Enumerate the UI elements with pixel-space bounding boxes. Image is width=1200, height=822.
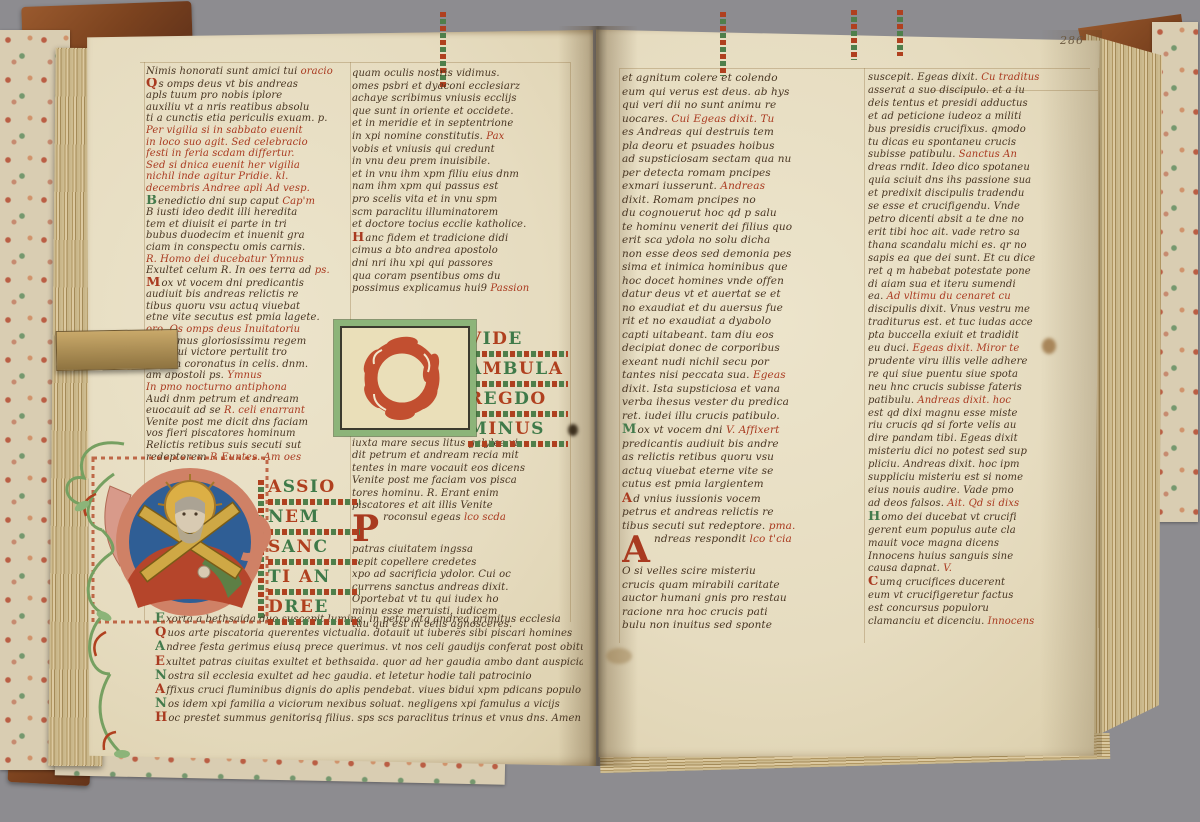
decorated-initial: M	[622, 423, 638, 437]
decorated-initial: H	[352, 232, 365, 245]
text-line: non esse deos sed demonia pes	[622, 248, 850, 262]
text-line: tores hominu. R. Erant enim	[352, 488, 568, 500]
stain	[606, 648, 632, 664]
ruling-line	[140, 62, 570, 63]
display-capitals-row: REGDO	[468, 390, 568, 409]
passio-caption: ASSIONEMSANCTI ANDREE	[268, 478, 360, 628]
text-line: sima et inimica hominibus que	[622, 261, 850, 275]
text-line: datur deus vt et auertat se et	[622, 288, 850, 302]
text-line: Mox vt vocem dni V. Affixert	[622, 423, 850, 438]
text-line: capti uitabeant. tam diu eos	[622, 329, 850, 343]
text-line: Affixus cruci fluminibus dignis do aplis…	[155, 683, 583, 697]
text-line: tu dicas eu spontaneu crucis	[868, 137, 1098, 150]
text-line: es Andreas qui destruis tem	[622, 126, 850, 140]
text-line: hoc docet homines vnde offen	[622, 275, 850, 289]
text-line: patras ciuitatem ingssa	[352, 544, 568, 556]
text-line: xpo ad sacrificia ydolor. Cui oc	[352, 569, 568, 581]
ruling-line	[620, 68, 1090, 69]
text-line: scm paraclitu illuminatorem	[352, 207, 568, 220]
right-page-column-2: suscepit. Egeas dixit. Cu traditusassera…	[868, 72, 1098, 629]
decorated-initial: H	[868, 511, 881, 524]
text-line: qua coram psentibus oms du	[352, 271, 568, 284]
text-line: R. Homo dei ducebatur Ymnus	[146, 254, 360, 266]
text-line: nichil inde agitur Pridie. kl.	[146, 171, 360, 183]
text-line: auxiliu vt a nris reatibus absolu	[146, 102, 360, 114]
text-line: auctor humani gnis pro restau	[622, 592, 850, 606]
chain-ornament	[268, 499, 360, 505]
text-line: exeant nudi nichil secu por	[622, 356, 850, 370]
text-line: Audi dnm petrum et andream	[146, 394, 360, 406]
chain-ornament	[468, 411, 568, 417]
text-line: dixit. Romam pncipes no	[622, 194, 850, 208]
text-line: Sed si dnica euenit her vigilia	[146, 160, 360, 172]
text-line: Hoc prestet summus genitorisq filius. sp…	[155, 711, 583, 725]
text-line: in loco suo agit. Sed celebracio	[146, 137, 360, 149]
text-line: ad deos falsos. Ait. Qd si dixs	[868, 498, 1098, 511]
text-line: que sunt in oriente et occidete.	[352, 106, 568, 119]
text-line: re qui siue puentu siue spota	[868, 369, 1098, 382]
text-line: et in vnu ihm xpm filiu eius dnm	[352, 169, 568, 182]
chain-ornament	[268, 619, 360, 625]
column-chain-ornament	[897, 10, 903, 56]
text-line: Andree festa gerimus eiusq prece querimu…	[155, 640, 583, 654]
text-line: vobis et vniusis qui credunt	[352, 144, 568, 157]
text-line: Proconsul egeas lco scda	[352, 512, 568, 544]
text-line: B iusti ideo dedit illi heredita	[146, 207, 360, 219]
text-line: misteriu dici no potest sed sup	[868, 446, 1098, 459]
text-line: etne vite secutus est pmia lagete.	[146, 312, 360, 324]
text-line: petrus et andreas relictis re	[622, 506, 850, 520]
display-capitals-row: TI AN	[268, 568, 360, 587]
text-line: Venite post me dicit dns faciam	[146, 417, 360, 429]
text-line: prudente viru illis velle adhere	[868, 356, 1098, 369]
ruling-line	[619, 68, 620, 643]
decorated-initial: B	[146, 195, 158, 208]
text-line: Nostra sil ecclesia exultet ad hec gaudi…	[155, 669, 583, 683]
text-line: rit et no exaudiat a dyabolo	[622, 315, 850, 329]
text-line: tibus secuti sut redeptore. pma.	[622, 520, 850, 534]
text-line: asserat a suo discipulo. et a iu	[868, 85, 1098, 98]
marginal-flourish	[52, 432, 164, 762]
text-line: ret. iudei illu crucis patibulo.	[622, 410, 850, 424]
text-line: tantes nisi peccata sua. Egeas	[622, 369, 850, 383]
text-line: du cognouerut hoc qd p salu	[622, 207, 850, 221]
text-line: bubus duodecim et inuenit gra	[146, 230, 360, 242]
text-line: Oportebat vt tu qui iudex ho	[352, 594, 568, 606]
text-line: ad supsticiosam sectam qua nu	[622, 153, 850, 167]
text-line: deis tentus et presidi adductus	[868, 98, 1098, 111]
text-line: patibulu. Andreas dixit. hoc	[868, 395, 1098, 408]
text-line: et agnitum colere et colendo	[622, 72, 850, 86]
text-line: Per vigilia si in sabbato euenit	[146, 125, 360, 137]
text-line: decipiat donec de corporibus	[622, 342, 850, 356]
text-line: decembris Andree apli Ad vesp.	[146, 183, 360, 195]
display-capitals-row: VIDE	[468, 330, 568, 349]
decorated-initial: A	[622, 533, 654, 565]
text-line: est qd dixi magnu esse miste	[868, 408, 1098, 421]
text-line: eu duci. Egeas dixit. Miror te	[868, 343, 1098, 356]
chain-ornament	[268, 529, 360, 535]
text-line: pla deoru et psuades hoibus	[622, 140, 850, 154]
text-line: cimus a bto andrea apostolo	[352, 245, 568, 258]
text-line: se esse et crucifigendu. Vnde	[868, 201, 1098, 214]
text-line: et doctore tocius ecclie katholice.	[352, 219, 568, 232]
column-chain-ornament	[851, 10, 857, 60]
text-line: vos fieri piscatores hominum	[146, 428, 360, 440]
text-line: dit petrum et andream recia mit	[352, 450, 568, 462]
chain-ornament	[268, 559, 360, 565]
text-line: Benedictio dni sup caput Cap'm	[146, 195, 360, 208]
text-line: apls tuum pro nobis iplore	[146, 90, 360, 102]
text-line: crucis quam mirabili caritate	[622, 579, 850, 593]
text-line: Qs omps deus vt bis andreas	[146, 78, 360, 91]
display-capitals-row: SANC	[268, 538, 360, 557]
text-line: pro scelis vita et in vnu spm	[352, 194, 568, 207]
text-line: dire pandam tibi. Egeas dixit	[868, 433, 1098, 446]
text-line: audiuit bis andreas relictis re	[146, 289, 360, 301]
text-line: per detecta romam pncipes	[622, 167, 850, 181]
chain-ornament	[468, 381, 568, 387]
stain	[1042, 338, 1056, 354]
ambula-caption: VIDEAMBULAREGDOMINUS	[468, 330, 568, 450]
display-capitals-row: DREE	[268, 598, 360, 617]
text-line: traditurus est. et tuc iudas acce	[868, 317, 1098, 330]
right-page-column-1: et agnitum colere et colendoeum qui veru…	[622, 72, 850, 633]
text-line: gerent eum populus aute cla	[868, 525, 1098, 538]
text-line: achaye scribimus vniusis ecclijs	[352, 93, 568, 106]
text-line: in vnu deu prem inuisibile.	[352, 156, 568, 169]
text-line: et predixit discipulis tradendu	[868, 188, 1098, 201]
display-capitals-row: NEM	[268, 508, 360, 527]
text-line: Mox vt vocem dni predicantis	[146, 277, 360, 290]
text-line: Andreas respondit lco t'cia	[622, 533, 850, 565]
text-line: ciam in conspectu omis carnis.	[146, 242, 360, 254]
text-line: Nimis honorati sunt amici tui oracio	[146, 66, 360, 78]
text-line: suppliciu misteriu est si nome	[868, 472, 1098, 485]
text-line: Venite post me faciam vos pisca	[352, 475, 568, 487]
text-line: Nos idem xpi familia a viciorum nexibus …	[155, 697, 583, 711]
text-line: nam ihm xpm qui passus est	[352, 181, 568, 194]
text-line: dixit. Ista supsticiosa et vana	[622, 383, 850, 397]
foliate-o-artwork	[342, 328, 468, 428]
text-line: dni nri ihu xpi qui passores	[352, 258, 568, 271]
text-line: ret q m habebat potestate pone	[868, 266, 1098, 279]
text-line: thana scandalu michi es. qr no	[868, 240, 1098, 253]
text-line: ti a cunctis etia periculis exuam. p.	[146, 113, 360, 125]
text-line: Ad vnius iussionis vocem	[622, 492, 850, 507]
text-line: et ad peticione iudeoz a militi	[868, 111, 1098, 124]
ruling-line	[570, 62, 571, 622]
text-line: Exultet patras ciuitas exultet et bethsa…	[155, 655, 583, 669]
text-line: erit tibi hoc ait. vade retro sa	[868, 227, 1098, 240]
text-line: predicantis audiuit bis andre	[622, 438, 850, 452]
text-line: actuq viuebat eterne vite se	[622, 465, 850, 479]
text-line: exmari iusserunt. Andreas	[622, 180, 850, 194]
text-line: bulu non inuitus sed sponte	[622, 619, 850, 633]
display-capitals-row: AMBULA	[468, 360, 568, 379]
text-line: eius nouis audire. Vade pmo	[868, 485, 1098, 498]
text-line: pta buccella exiuit et tradidit	[868, 330, 1098, 343]
chain-ornament	[268, 589, 360, 595]
text-line: uocares. Cui Egeas dixit. Tu	[622, 113, 850, 127]
text-line: sapis ea que dei sunt. Et cu dice	[868, 253, 1098, 266]
text-line: Relictis retibus suis secuti sut	[146, 440, 360, 452]
display-capitals-row: ASSIO	[268, 478, 360, 497]
text-line: racione nra hoc crucis pati	[622, 606, 850, 620]
text-line: Innocens huius sanguis sine	[868, 551, 1098, 564]
ruling-line	[1098, 68, 1099, 628]
text-line: riu crucis qd si forte velis au	[868, 420, 1098, 433]
text-line: Hanc fidem et tradicione didi	[352, 232, 568, 246]
text-line: pliciu. Andreas dixit. hoc ipm	[868, 459, 1098, 472]
text-line: et in meridie et in septentrione	[352, 118, 568, 131]
decorated-initial: C	[868, 576, 879, 589]
text-line: Exultet celum R. In oes terra ad ps.	[146, 265, 360, 277]
text-line: erit sca ydola no solu dicha	[622, 234, 850, 248]
text-line: quam oculis nostris vidimus.	[352, 68, 568, 81]
text-line: Homo dei ducebat vt crucifi	[868, 511, 1098, 525]
text-line: cepit copellere credetes	[352, 557, 568, 569]
left-page-column-2-bottom: iuxta mare secus litus galylee vidit pet…	[352, 438, 568, 631]
text-line: qui veri dii no sunt animu re	[622, 99, 850, 113]
text-line: oro. Qs omps deus Inuitatoriu	[146, 324, 360, 336]
folio-number: 286	[1060, 34, 1084, 47]
text-line: possimus explicamus hui9 Passion	[352, 283, 568, 296]
decorated-initial: M	[146, 277, 162, 290]
text-line: mauit voce magna dicens	[868, 538, 1098, 551]
text-line: cutus est pmia largientem	[622, 478, 850, 492]
text-line: dreas rndit. Ideo dico spotaneu	[868, 162, 1098, 175]
text-line: est concursus populoru	[868, 603, 1098, 616]
text-line: no exaudiat et du auersus fue	[622, 302, 850, 316]
ruling-line	[864, 68, 865, 643]
column-chain-ornament	[720, 12, 726, 76]
text-line: tentes in mare vocauit eos dicens	[352, 463, 568, 475]
text-line: Adoremus gloriosissimu regem	[146, 336, 360, 348]
text-line: discipulis dixit. Vnus vestru me	[868, 304, 1098, 317]
text-line: verba ihesus vester du predica	[622, 396, 850, 410]
bookmark-tab	[56, 329, 179, 371]
decorated-initial: A	[622, 492, 633, 506]
text-line: In pmo nocturno antiphona	[146, 382, 360, 394]
text-line: petro dicenti absit a te dne no	[868, 214, 1098, 227]
text-line: omes psbri et dyaconi ecclesiarz	[352, 81, 568, 94]
chain-ornament	[468, 351, 568, 357]
chain-ornament	[468, 441, 568, 447]
text-line: tibus quoru vsu actuq viuebat	[146, 301, 360, 313]
text-line: euocauit ad se R. celi enarrant	[146, 405, 360, 417]
text-line: currens sanctus andreas dixit.	[352, 582, 568, 594]
left-page-column-2-top: quam oculis nostris vidimus.omes psbri e…	[352, 68, 568, 296]
text-line: O si velles scire misteriu	[622, 565, 850, 579]
text-line: eum qui verus est deus. ab hys	[622, 86, 850, 100]
text-line: ea. Ad vltimu du cenaret cu	[868, 291, 1098, 304]
text-line: causa dapnat. V.	[868, 563, 1098, 576]
text-line: piscatores et ait illis Venite	[352, 500, 568, 512]
wormhole	[568, 424, 578, 436]
text-line: suscepit. Egeas dixit. Cu traditus	[868, 72, 1098, 85]
text-line: quia sciuit dns ihs passione sua	[868, 175, 1098, 188]
text-line: bus presidis crucifixus. qmodo	[868, 124, 1098, 137]
text-line: Cumq crucifices ducerent	[868, 576, 1098, 590]
text-line: eum vt crucifigeretur factus	[868, 590, 1098, 603]
text-line: in xpi nomine constitutis. Pax	[352, 131, 568, 144]
decorated-initial: Q	[146, 78, 158, 91]
text-line: am apostoli ps. Ymnus	[146, 370, 360, 382]
text-line: te hominu venerit dei filius quo	[622, 221, 850, 235]
text-line: festi in feria scdam differtur.	[146, 148, 360, 160]
text-line: neu hnc crucis subisse fateris	[868, 382, 1098, 395]
text-line: clamanciu et dicenciu. Innocens	[868, 616, 1098, 629]
left-page-column-1: Nimis honorati sunt amici tui oracioQs o…	[146, 66, 360, 463]
text-line: subisse patibulu. Sanctus An	[868, 149, 1098, 162]
display-capitals-row: MINUS	[468, 420, 568, 439]
manuscript-photo: { "meta": { "description": "Opened medie…	[0, 0, 1200, 822]
text-line: as relictis retibus quoru vsu	[622, 451, 850, 465]
foliate-o-initial	[340, 326, 470, 430]
text-line: tem et diuisit ei parte in tri	[146, 219, 360, 231]
text-line: di aiam sua et iteru sumendi	[868, 279, 1098, 292]
